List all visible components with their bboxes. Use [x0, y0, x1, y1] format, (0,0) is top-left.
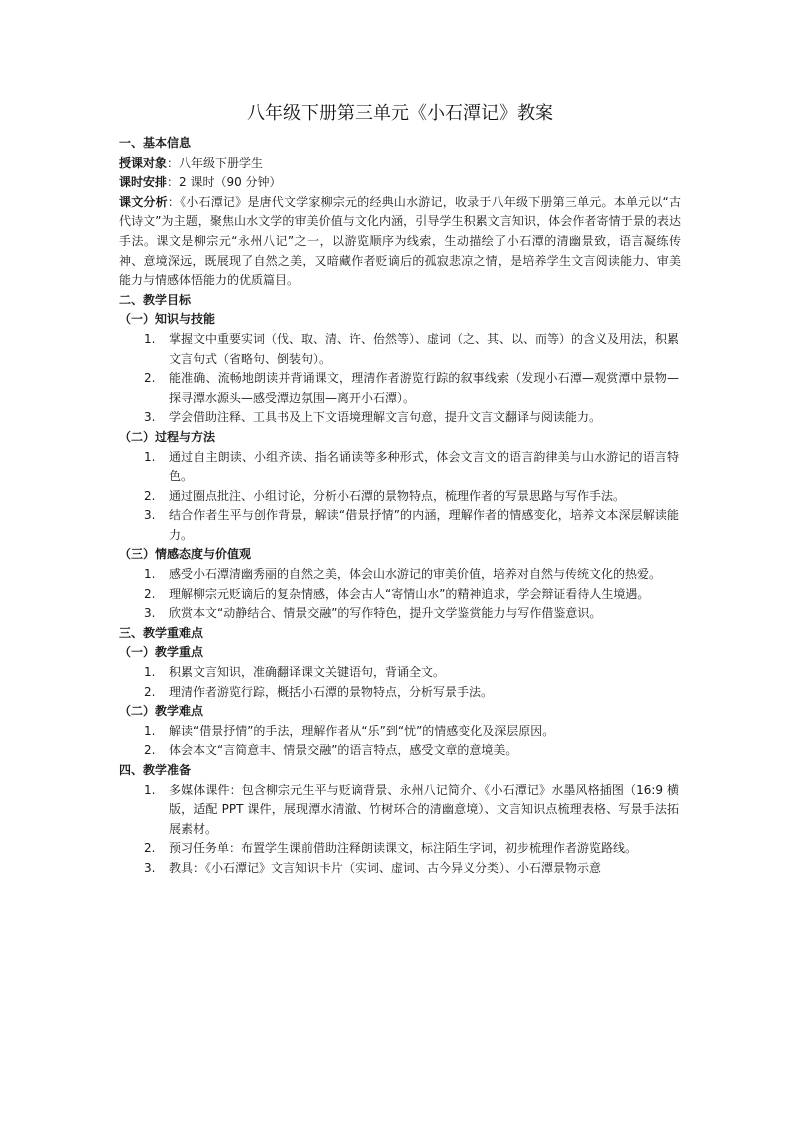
list-item: 2.预习任务单：布置学生课前借助注释朗读课文，标注陌生字词，初步梳理作者游览路线…	[119, 839, 681, 859]
item-number: 2.	[144, 683, 155, 703]
item-text: 积累文言知识，准确翻译课文关键语句，背诵全文。	[169, 665, 445, 679]
item-number: 1.	[144, 565, 155, 585]
difficult-points-list: 1.解读“借景抒情”的手法，理解作者从“乐”到“忧”的情感变化及深层原因。 2.…	[119, 722, 681, 761]
subheading-process-methods: （二）过程与方法	[119, 428, 681, 448]
item-text: 理解柳宗元贬谪后的复杂情感，体会古人“寄情山水”的精神追求，学会辩证看待人生境遇…	[169, 587, 649, 601]
list-item: 2.体会本文“言简意丰、情景交融”的语言特点，感受文章的意境美。	[119, 741, 681, 761]
process-methods-list: 1.通过自主朗读、小组齐读、指名诵读等多种形式，体会文言文的语言韵律美与山水游记…	[119, 448, 681, 546]
item-number: 3.	[144, 506, 155, 526]
section-heading-basic-info: 一、基本信息	[119, 134, 681, 154]
list-item: 1.解读“借景抒情”的手法，理解作者从“乐”到“忧”的情感变化及深层原因。	[119, 722, 681, 742]
list-item: 1.感受小石潭清幽秀丽的自然之美，体会山水游记的审美价值，培养对自然与传统文化的…	[119, 565, 681, 585]
item-number: 1.	[144, 330, 155, 350]
section-heading-objectives: 二、教学目标	[119, 291, 681, 311]
subheading-difficult-points: （二）教学难点	[119, 702, 681, 722]
item-text: 结合作者生平与创作背景，解读“借景抒情”的内涵，理解作者的情感变化，培养文本深层…	[169, 508, 679, 542]
item-number: 2.	[144, 487, 155, 507]
audience-line: 授课对象：八年级下册学生	[119, 154, 681, 174]
item-text: 欣赏本文“动静结合、情景交融”的写作特色，提升文学鉴赏能力与写作借鉴意识。	[169, 606, 601, 620]
item-number: 1.	[144, 781, 155, 801]
list-item: 3.学会借助注释、工具书及上下文语境理解文言句意，提升文言文翻译与阅读能力。	[119, 408, 681, 428]
item-text: 通过自主朗读、小组齐读、指名诵读等多种形式，体会文言文的语言韵律美与山水游记的语…	[169, 450, 679, 484]
item-number: 2.	[144, 369, 155, 389]
item-text: 能准确、流畅地朗读并背诵课文，理清作者游览行踪的叙事线索（发现小石潭—观赏潭中景…	[169, 371, 679, 405]
time-value: ：2 课时（90 分钟）	[167, 175, 282, 189]
item-number: 1.	[144, 448, 155, 468]
document-title: 八年级下册第三单元《小石潭记》教案	[119, 100, 681, 128]
list-item: 1.积累文言知识，准确翻译课文关键语句，背诵全文。	[119, 663, 681, 683]
item-text: 通过圈点批注、小组讨论，分析小石潭的景物特点，梳理作者的写景思路与写作手法。	[169, 489, 625, 503]
item-number: 2.	[144, 741, 155, 761]
analysis-paragraph: 课文分析：《小石潭记》是唐代文学家柳宗元的经典山水游记，收录于八年级下册第三单元…	[119, 193, 681, 291]
list-item: 2.理解柳宗元贬谪后的复杂情感，体会古人“寄情山水”的精神追求，学会辩证看待人生…	[119, 585, 681, 605]
preparation-list: 1.多媒体课件：包含柳宗元生平与贬谪背景、永州八记简介、《小石潭记》水墨风格插图…	[119, 781, 681, 879]
item-number: 2.	[144, 585, 155, 605]
list-item: 3.教具：《小石潭记》文言知识卡片（实词、虚词、古今异义分类）、小石潭景物示意	[119, 859, 681, 879]
list-item: 3.欣赏本文“动静结合、情景交融”的写作特色，提升文学鉴赏能力与写作借鉴意识。	[119, 604, 681, 624]
subheading-key-points: （一）教学重点	[119, 643, 681, 663]
list-item: 2.通过圈点批注、小组讨论，分析小石潭的景物特点，梳理作者的写景思路与写作手法。	[119, 487, 681, 507]
list-item: 1.掌握文中重要实词（伐、取、清、许、佁然等）、虚词（之、其、以、而等）的含义及…	[119, 330, 681, 369]
subheading-knowledge-skills: （一）知识与技能	[119, 310, 681, 330]
list-item: 2.能准确、流畅地朗读并背诵课文，理清作者游览行踪的叙事线索（发现小石潭—观赏潭…	[119, 369, 681, 408]
list-item: 1.多媒体课件：包含柳宗元生平与贬谪背景、永州八记简介、《小石潭记》水墨风格插图…	[119, 781, 681, 840]
item-number: 3.	[144, 408, 155, 428]
time-label: 课时安排	[119, 175, 167, 189]
item-text: 感受小石潭清幽秀丽的自然之美，体会山水游记的审美价值，培养对自然与传统文化的热爱…	[169, 567, 661, 581]
list-item: 1.通过自主朗读、小组齐读、指名诵读等多种形式，体会文言文的语言韵律美与山水游记…	[119, 448, 681, 487]
section-heading-key-difficult: 三、教学重难点	[119, 624, 681, 644]
item-number: 2.	[144, 839, 155, 859]
list-item: 2.理清作者游览行踪，概括小石潭的景物特点，分析写景手法。	[119, 683, 681, 703]
item-text: 掌握文中重要实词（伐、取、清、许、佁然等）、虚词（之、其、以、而等）的含义及用法…	[169, 332, 679, 366]
key-points-list: 1.积累文言知识，准确翻译课文关键语句，背诵全文。 2.理清作者游览行踪，概括小…	[119, 663, 681, 702]
analysis-label: 课文分析	[119, 195, 168, 209]
item-text: 预习任务单：布置学生课前借助注释朗读课文，标注陌生字词，初步梳理作者游览路线。	[169, 841, 637, 855]
time-line: 课时安排：2 课时（90 分钟）	[119, 173, 681, 193]
list-item: 3.结合作者生平与创作背景，解读“借景抒情”的内涵，理解作者的情感变化，培养文本…	[119, 506, 681, 545]
item-text: 教具：《小石潭记》文言知识卡片（实词、虚词、古今异义分类）、小石潭景物示意	[169, 861, 601, 875]
item-text: 多媒体课件：包含柳宗元生平与贬谪背景、永州八记简介、《小石潭记》水墨风格插图（1…	[169, 783, 679, 836]
item-number: 3.	[144, 859, 155, 879]
item-number: 3.	[144, 604, 155, 624]
section-heading-preparation: 四、教学准备	[119, 761, 681, 781]
audience-value: ：八年级下册学生	[167, 156, 263, 170]
emotion-values-list: 1.感受小石潭清幽秀丽的自然之美，体会山水游记的审美价值，培养对自然与传统文化的…	[119, 565, 681, 624]
item-number: 1.	[144, 722, 155, 742]
item-number: 1.	[144, 663, 155, 683]
item-text: 解读“借景抒情”的手法，理解作者从“乐”到“忧”的情感变化及深层原因。	[169, 724, 554, 738]
item-text: 学会借助注释、工具书及上下文语境理解文言句意，提升文言文翻译与阅读能力。	[169, 410, 601, 424]
subheading-emotion-values: （三）情感态度与价值观	[119, 545, 681, 565]
analysis-text: ：《小石潭记》是唐代文学家柳宗元的经典山水游记，收录于八年级下册第三单元。本单元…	[119, 195, 681, 287]
item-text: 体会本文“言简意丰、情景交融”的语言特点，感受文章的意境美。	[169, 743, 517, 757]
document-page: 八年级下册第三单元《小石潭记》教案 一、基本信息 授课对象：八年级下册学生 课时…	[119, 100, 681, 879]
audience-label: 授课对象	[119, 156, 167, 170]
knowledge-skills-list: 1.掌握文中重要实词（伐、取、清、许、佁然等）、虚词（之、其、以、而等）的含义及…	[119, 330, 681, 428]
item-text: 理清作者游览行踪，概括小石潭的景物特点，分析写景手法。	[169, 685, 493, 699]
